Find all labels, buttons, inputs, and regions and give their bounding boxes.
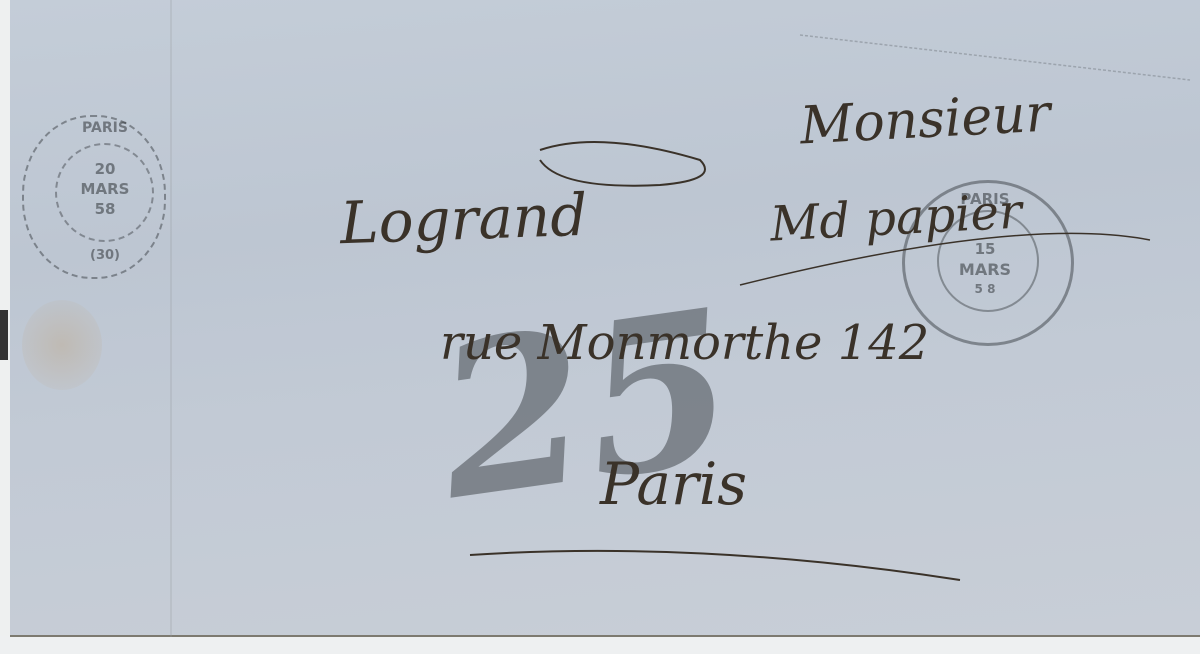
ink-flourishes: [0, 0, 1200, 654]
